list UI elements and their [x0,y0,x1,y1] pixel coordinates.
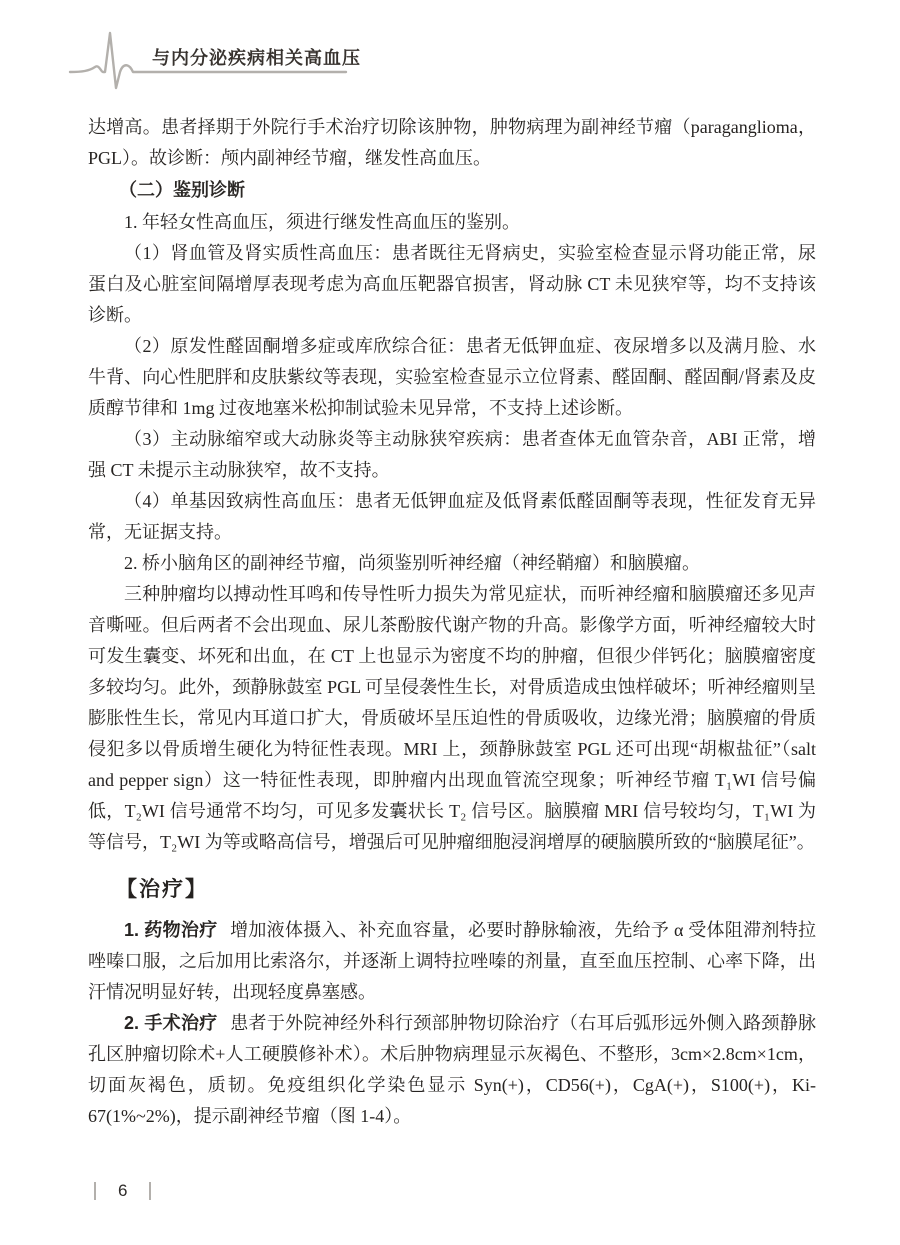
paragraph-drug-treatment: 1. 药物治疗增加液体摄入、补充血容量，必要时静脉输液，先给予 α 受体阻滞剂特… [88,915,816,1008]
paragraph-aorta: （3）主动脉缩窄或大动脉炎等主动脉狭窄疾病：患者查体无血管杂音，ABI 正常，增… [88,424,816,486]
paragraph-three-tumors: 三种肿瘤均以搏动性耳鸣和传导性听力损失为常见症状，而听神经瘤和脑膜瘤还多见声音嘶… [88,579,816,858]
paragraph-monogenic: （4）单基因致病性高血压：患者无低钾血症及低肾素低醛固酮等表现，性征发育无异常，… [88,486,816,548]
surgical-treatment-label: 2. 手术治疗 [124,1013,218,1033]
paragraph-surgical-treatment: 2. 手术治疗患者于外院神经外科行颈部肿物切除治疗（右耳后弧形远外侧入路颈静脉孔… [88,1008,816,1132]
page-body: 达增高。患者择期于外院行手术治疗切除该肿物，肿物病理为副神经节瘤（paragan… [88,112,816,1132]
heading-differential-diagnosis: （二）鉴别诊断 [88,175,816,206]
drug-treatment-label: 1. 药物治疗 [124,920,218,940]
paragraph-case-conclusion: 达增高。患者择期于外院行手术治疗切除该肿物，肿物病理为副神经节瘤（paragan… [88,112,816,174]
chapter-header: 与内分泌疾病相关高血压 [0,0,900,120]
footer-rule-left [94,1182,96,1200]
page-number: 6 [118,1182,127,1200]
paragraph-aldosterone: （2）原发性醛固酮增多症或库欣综合征：患者无低钾血症、夜尿增多以及满月脸、水牛背… [88,331,816,424]
footer-rule-right [149,1182,151,1200]
paragraph-item-1: 1. 年轻女性高血压，须进行继发性高血压的鉴别。 [88,207,816,238]
paragraph-renal: （1）肾血管及肾实质性高血压：患者既往无肾病史，实验室检查显示肾功能正常，尿蛋白… [88,238,816,331]
heading-treatment: 【治疗】 [88,873,816,905]
textbook-page: { "header": { "icon": "ecg-waveform", "c… [0,0,900,1245]
paragraph-item-2: 2. 桥小脑角区的副神经节瘤，尚须鉴别听神经瘤（神经鞘瘤）和脑膜瘤。 [88,548,816,579]
chapter-title: 与内分泌疾病相关高血压 [152,44,361,70]
page-footer: 6 [94,1180,151,1202]
